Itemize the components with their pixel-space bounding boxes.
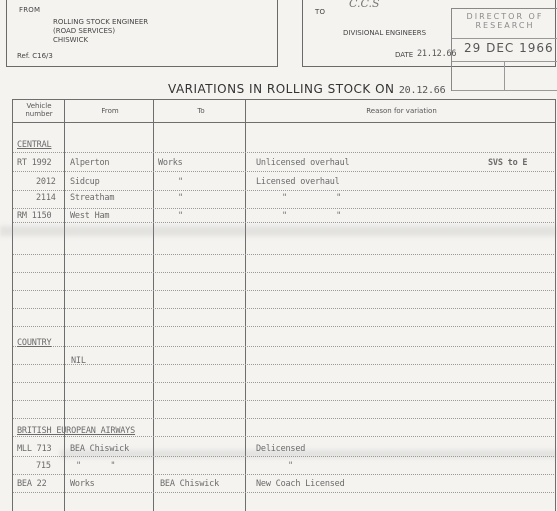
row-1-vehicle: RT 1992 — [17, 158, 51, 168]
fold-smudge-2 — [60, 450, 557, 458]
row-3-reason: " " — [282, 193, 341, 203]
page-title: VARIATIONS IN ROLLING STOCK ON 20.12.66 — [168, 82, 445, 96]
section-bea: BRITISH EUROPEAN AIRWAYS — [17, 426, 135, 436]
from-line-2: (ROAD SERVICES) — [53, 27, 115, 35]
stamp-date: 29 DEC 1966 — [464, 41, 554, 55]
date-label: DATE — [395, 51, 413, 59]
section-country: COUNTRY — [17, 338, 51, 348]
row-1-extra: SVS to E — [488, 158, 527, 168]
from-label: FROM — [19, 6, 40, 14]
row-6-from: " " — [76, 461, 115, 471]
title-text: VARIATIONS IN ROLLING STOCK ON — [168, 82, 395, 96]
row-2-reason: Licensed overhaul — [256, 177, 340, 187]
to-line: DIVISIONAL ENGINEERS — [343, 29, 426, 37]
row-2-from: Sidcup — [70, 177, 100, 187]
row-4-to: " — [178, 211, 183, 221]
row-6-vehicle: 715 — [36, 461, 51, 471]
to-handwritten: C.C.S — [349, 0, 380, 10]
from-box: FROM ROLLING STOCK ENGINEER (ROAD SERVIC… — [6, 0, 278, 67]
col-header-from: From — [66, 107, 154, 115]
to-label: TO — [315, 8, 325, 16]
row-1-from: Alperton — [70, 158, 109, 168]
row-7-from: Works — [70, 479, 95, 489]
row-1-reason: Unlicensed overhaul — [256, 158, 349, 168]
row-4-from: West Ham — [70, 211, 109, 221]
col-header-reason: Reason for variation — [248, 107, 555, 115]
row-3-from: Streatham — [70, 193, 114, 203]
reference: Ref. C16/3 — [17, 52, 53, 60]
received-stamp: DIRECTOR OF RESEARCH 29 DEC 1966 — [451, 8, 557, 91]
row-2-to: " — [178, 177, 183, 187]
row-7-to: BEA Chiswick — [160, 479, 219, 489]
section-central: CENTRAL — [17, 140, 51, 150]
row-5-from: BEA Chiswick — [70, 444, 129, 454]
row-5-vehicle: MLL 713 — [17, 444, 51, 454]
from-line-3: CHISWICK — [53, 36, 88, 44]
row-6-reason: " — [288, 461, 293, 471]
row-2-vehicle: 2012 — [36, 177, 56, 187]
row-7-reason: New Coach Licensed — [256, 479, 345, 489]
row-3-to: " — [178, 193, 183, 203]
title-date: 20.12.66 — [399, 85, 446, 96]
stamp-line-2: RESEARCH — [452, 21, 557, 30]
country-nil: NIL — [71, 356, 86, 366]
row-5-reason: Delicensed — [256, 444, 305, 454]
col-header-to: To — [155, 107, 247, 115]
row-4-reason: " " — [282, 211, 341, 221]
fold-smudge — [0, 226, 557, 236]
from-line-1: ROLLING STOCK ENGINEER — [53, 18, 148, 26]
row-1-to: Works — [158, 158, 183, 168]
row-4-vehicle: RM 1150 — [17, 211, 51, 221]
row-3-vehicle: 2114 — [36, 193, 56, 203]
col-header-vehicle: Vehicle number — [13, 102, 65, 118]
row-7-vehicle: BEA 22 — [17, 479, 47, 489]
stamp-line-1: DIRECTOR OF — [452, 12, 557, 21]
